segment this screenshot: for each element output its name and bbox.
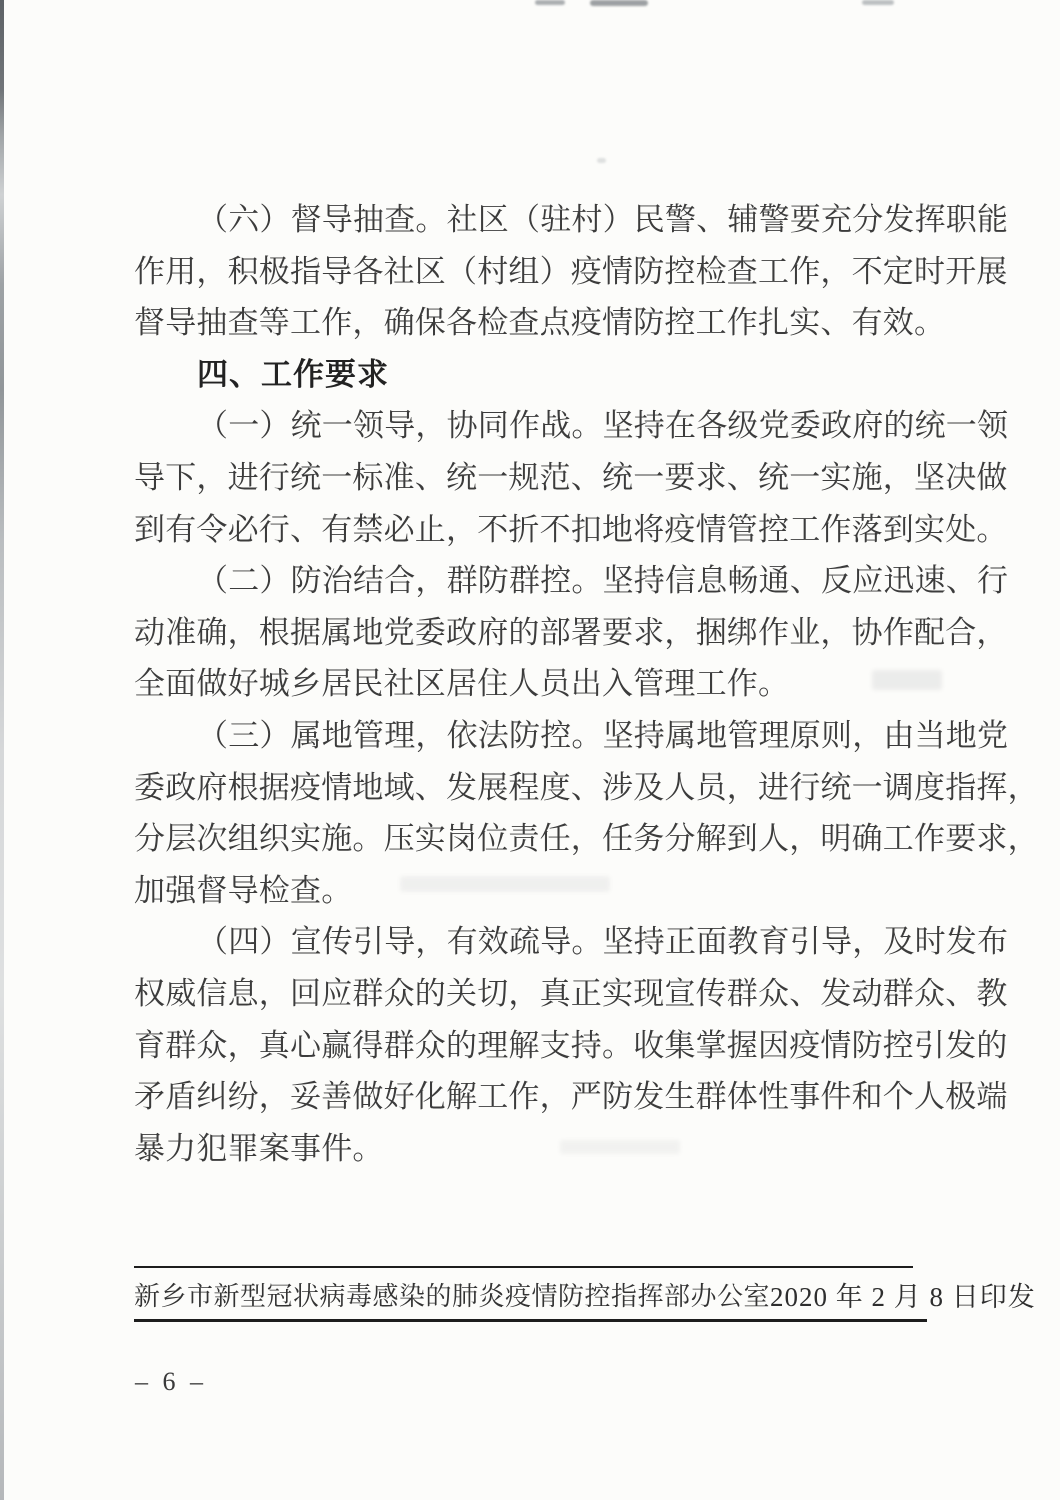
footer-rule-top — [134, 1266, 913, 1268]
text-line: 委政府根据疫情地域、发展程度、涉及人员，进行统一调度指挥， — [134, 762, 946, 814]
text-line: 督导抽查等工作，确保各检查点疫情防控工作扎实、有效。 — [134, 297, 946, 349]
text-line: 动准确，根据属地党委政府的部署要求，捆绑作业，协作配合， — [134, 607, 946, 659]
footer-rule-bottom — [134, 1319, 927, 1322]
text-line: 到有令必行、有禁必止，不折不扣地将疫情管控工作落到实处。 — [134, 504, 946, 556]
section-heading: 四、工作要求 — [134, 349, 946, 401]
text-line: （六）督导抽查。社区（驻村）民警、辅警要充分发挥职能 — [134, 194, 946, 246]
text-line: （三）属地管理，依法防控。坚持属地管理原则，由当地党 — [134, 710, 946, 762]
footer-print-date: 2020 年 2 月 8 日印发 — [770, 1275, 1036, 1314]
document-body: （六）督导抽查。社区（驻村）民警、辅警要充分发挥职能 作用，积极指导各社区（村组… — [134, 194, 946, 1174]
text-line: （二）防治结合，群防群控。坚持信息畅通、反应迅速、行 — [134, 555, 946, 607]
text-line: （四）宣传引导，有效疏导。坚持正面教育引导，及时发布 — [134, 916, 946, 968]
text-line: 导下，进行统一标准、统一规范、统一要求、统一实施，坚决做 — [134, 452, 946, 504]
scan-speck — [597, 158, 606, 163]
text-line: 全面做好城乡居民社区居住人员出入管理工作。 — [134, 658, 946, 710]
text-line: （一）统一领导，协同作战。坚持在各级党委政府的统一领 — [134, 400, 946, 452]
scan-smudge — [862, 0, 894, 5]
text-line: 暴力犯罪案事件。 — [134, 1123, 946, 1175]
text-line: 分层次组织实施。压实岗位责任，任务分解到人，明确工作要求， — [134, 813, 946, 865]
footer-issuer: 新乡市新型冠状病毒感染的肺炎疫情防控指挥部办公室 — [134, 1276, 770, 1313]
page-number: – 6 – — [135, 1367, 207, 1397]
text-line: 加强督导检查。 — [134, 865, 946, 917]
footer: 新乡市新型冠状病毒感染的肺炎疫情防控指挥部办公室 2020 年 2 月 8 日印… — [134, 1272, 927, 1316]
text-line: 育群众，真心赢得群众的理解支持。收集掌握因疫情防控引发的 — [134, 1020, 946, 1072]
scanned-document-page: （六）督导抽查。社区（驻村）民警、辅警要充分发挥职能 作用，积极指导各社区（村组… — [0, 0, 1060, 1500]
text-line: 作用，积极指导各社区（村组）疫情防控检查工作，不定时开展 — [134, 246, 946, 298]
scan-smudge — [590, 0, 648, 6]
text-line: 权威信息，回应群众的关切，真正实现宣传群众、发动群众、教 — [134, 968, 946, 1020]
scan-edge-artifact — [0, 0, 4, 1500]
scan-smudge — [535, 0, 565, 5]
text-line: 矛盾纠纷，妥善做好化解工作，严防发生群体性事件和个人极端 — [134, 1071, 946, 1123]
